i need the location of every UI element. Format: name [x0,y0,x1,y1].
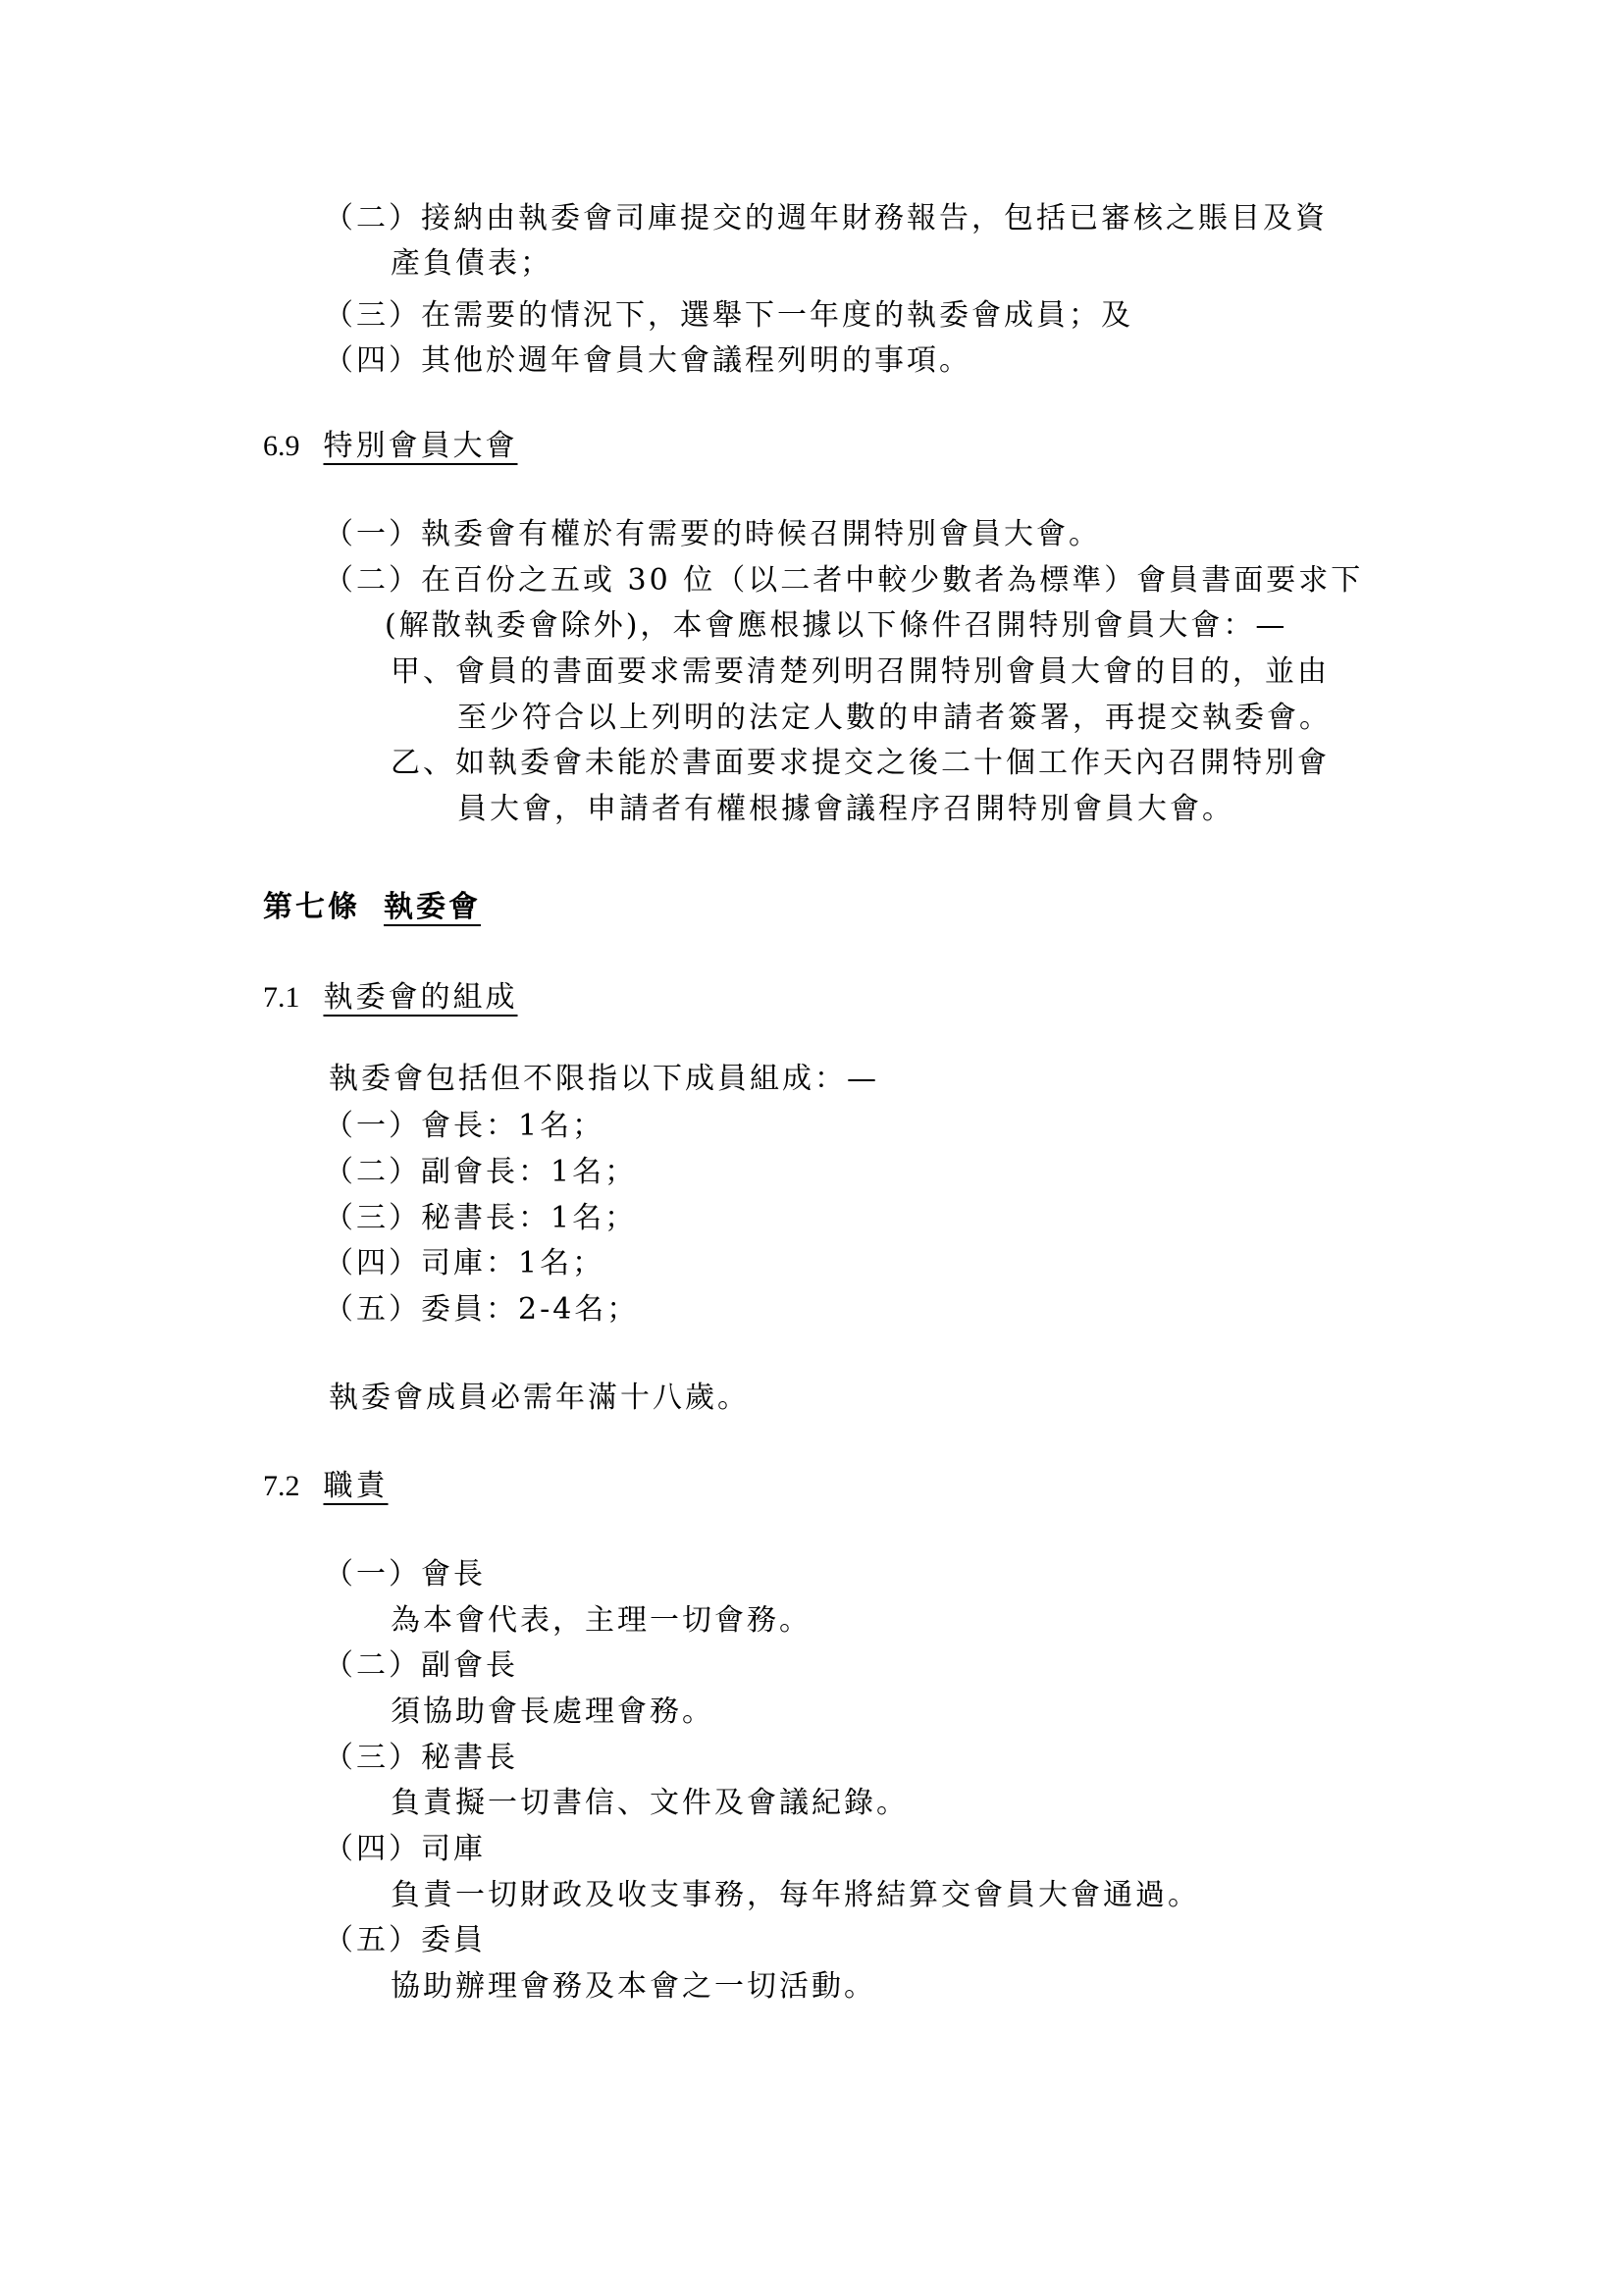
section-title: 特別會員大會 [324,429,518,463]
list-item-6-8-4: （四）其他於週年會員大會議程列明的事項。 [324,341,971,381]
list-item-6-9-2-cont: (解散執委會除外)，本會應根據以下條件召開特別會員大會：— [385,606,1287,646]
list-marker: （二） [324,201,421,235]
list-marker: （三） [324,1741,421,1775]
list-item-6-8-3: （三）在需要的情況下，選舉下一年度的執委會成員；及 [324,296,1133,336]
section-number: 7.2 [263,1470,300,1502]
list-marker: （五） [324,1292,421,1327]
list-marker: （四） [324,1246,421,1280]
list-marker: （三） [324,298,421,333]
list-marker: （二） [324,1155,421,1189]
section-title: 職責 [324,1469,389,1503]
role-duty: 為本會代表，主理一切會務。 [391,1601,812,1641]
role-item: （三）秘書長 [324,1739,518,1778]
list-item-6-9-2: （二）在百份之五或 30 位（以二者中較少數者為標準）會員書面要求下 [324,561,1363,600]
sub-item-jia: 甲、會員的書面要求需要清楚列明召開特別會員大會的目的，並由 [391,652,1330,692]
role-duty: 須協助會長處理會務。 [391,1693,714,1732]
role-name: 委員 [421,1923,486,1957]
list-text: 秘書長：1名； [421,1201,637,1235]
role-duty: 負責擬一切書信、文件及會議紀錄。 [391,1784,909,1823]
list-marker: （二） [324,563,421,598]
role-name: 司庫 [421,1832,486,1866]
member-item: （一）會長：1名； [324,1107,604,1146]
list-text: 其他於週年會員大會議程列明的事項。 [421,343,971,378]
role-name: 副會長 [421,1648,518,1683]
role-duty: 負責一切財政及收支事務，每年將結算交會員大會通過。 [391,1876,1200,1915]
section-heading-7-2: 7.2職責 [263,1467,389,1506]
list-text: 在需要的情況下，選舉下一年度的執委會成員；及 [421,298,1133,333]
list-text: 執委會有權於有需要的時候召開特別會員大會。 [421,517,1101,551]
role-name: 會長 [421,1557,486,1591]
section-title: 執委會的組成 [324,980,518,1015]
member-item: （四）司庫：1名； [324,1244,604,1283]
list-marker: （四） [324,1832,421,1866]
list-text: 副會長：1名； [421,1155,637,1189]
list-text: 會長：1名； [421,1109,604,1143]
member-item: （三）秘書長：1名； [324,1199,637,1238]
role-name: 秘書長 [421,1741,518,1775]
list-text: 司庫：1名； [421,1246,604,1280]
sub-item-yi-cont: 員大會，申請者有權根據會議程序召開特別會員大會。 [457,790,1234,829]
article-label: 第七條 [263,890,360,924]
list-text: 接納由執委會司庫提交的週年財務報告，包括已審核之賬目及資 [421,201,1328,235]
role-item: （一）會長 [324,1555,486,1594]
list-item-6-8-2-cont: 產負債表； [391,244,552,284]
member-item: （二）副會長：1名； [324,1153,637,1192]
section-number: 6.9 [263,430,300,462]
sub-marker: 乙、 [391,746,455,780]
list-marker: （二） [324,1648,421,1683]
sub-text: 如執委會未能於書面要求提交之後二十個工作天內召開特別會 [455,746,1330,780]
member-item: （五）委員：2-4名； [324,1290,639,1330]
list-text: 委員：2-4名； [421,1292,639,1327]
list-marker: （四） [324,343,421,378]
sub-item-yi: 乙、如執委會未能於書面要求提交之後二十個工作天內召開特別會 [391,744,1330,783]
list-marker: （一） [324,1109,421,1143]
list-marker: （三） [324,1201,421,1235]
role-item: （二）副會長 [324,1646,518,1686]
list-marker: （五） [324,1923,421,1957]
article-heading-7: 第七條執委會 [263,888,481,927]
role-duty: 協助辦理會務及本會之一切活動。 [391,1967,876,2007]
section-heading-6-9: 6.9特別會員大會 [263,427,518,466]
sub-text: 會員的書面要求需要清楚列明召開特別會員大會的目的，並由 [455,654,1330,689]
age-requirement-note: 執委會成員必需年滿十八歲。 [329,1379,750,1418]
role-item: （四）司庫 [324,1830,486,1869]
list-marker: （一） [324,1557,421,1591]
sub-item-jia-cont: 至少符合以上列明的法定人數的申請者簽署，再提交執委會。 [457,699,1332,738]
sub-marker: 甲、 [391,654,455,689]
list-item-6-8-2: （二）接納由執委會司庫提交的週年財務報告，包括已審核之賬目及資 [324,199,1328,238]
section-heading-7-1: 7.1執委會的組成 [263,978,518,1017]
section-number: 7.1 [263,981,300,1014]
list-marker: （一） [324,517,421,551]
list-text: 在百份之五或 30 位（以二者中較少數者為標準）會員書面要求下 [421,563,1363,598]
section-7-1-intro: 執委會包括但不限指以下成員組成：— [329,1060,879,1099]
list-item-6-9-1: （一）執委會有權於有需要的時候召開特別會員大會。 [324,515,1101,554]
role-item: （五）委員 [324,1921,486,1960]
article-title: 執委會 [384,890,481,924]
